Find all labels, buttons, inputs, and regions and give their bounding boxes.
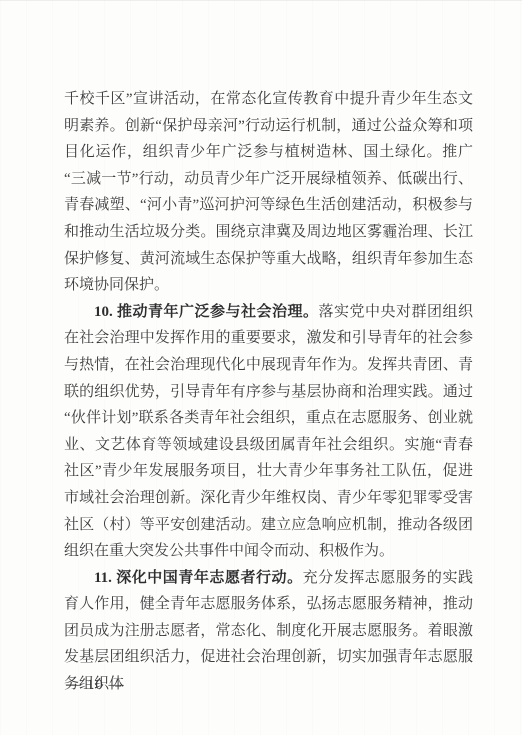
item-10-heading: 10. 推动青年广泛参与社会治理。 <box>94 304 318 320</box>
scanned-document-page: 千校千区”宣讲活动，在常态化宣传教育中提升青少年生态文明素养。创新“保护母亲河”… <box>0 0 522 735</box>
paragraph-text: 落实党中央对群团组织在社会治理中发挥作用的重要要求，激发和引导青年的社会参与热情… <box>64 304 473 559</box>
item-11-heading: 11. 深化中国青年志愿者行动。 <box>94 570 303 586</box>
paragraph-item-10: 10. 推动青年广泛参与社会治理。落实党中央对群团组织在社会治理中发挥作用的重要… <box>64 299 473 565</box>
paragraph-item-11: 11. 深化中国青年志愿者行动。充分发挥志愿服务的实践育人作用，健全青年志愿服务… <box>64 565 473 698</box>
paragraph-text: 充分发挥志愿服务的实践育人作用，健全青年志愿服务体系，弘扬志愿服务精神，推动团员… <box>64 570 473 692</box>
paragraph-continuation: 千校千区”宣讲活动，在常态化宣传教育中提升青少年生态文明素养。创新“保护母亲河”… <box>64 86 473 299</box>
page-number: — 10 — <box>66 674 125 696</box>
paragraph-text: 千校千区”宣讲活动，在常态化宣传教育中提升青少年生态文明素养。创新“保护母亲河”… <box>64 91 473 293</box>
document-body: 千校千区”宣讲活动，在常态化宣传教育中提升青少年生态文明素养。创新“保护母亲河”… <box>64 86 473 698</box>
